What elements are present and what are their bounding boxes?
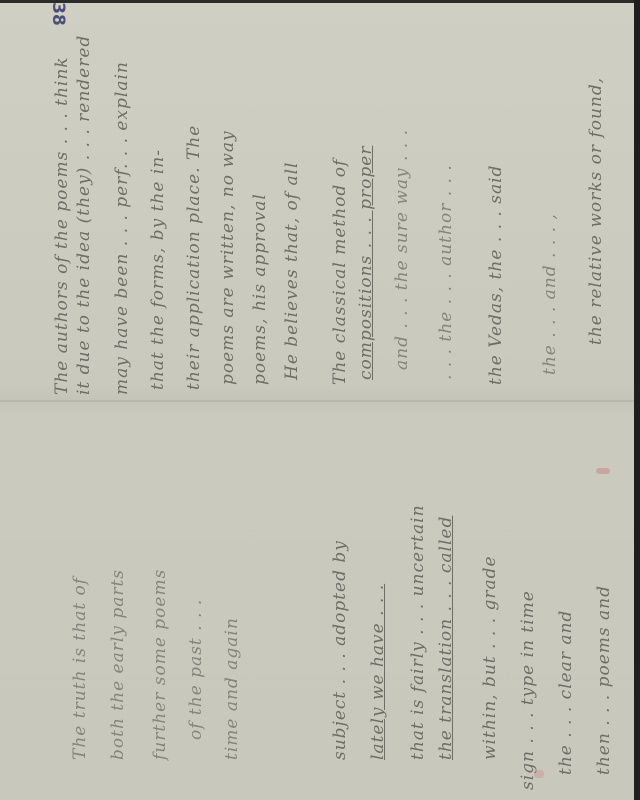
handwritten-line: subject . . . adopted by bbox=[330, 540, 350, 760]
handwritten-line: their application place. The bbox=[184, 125, 204, 390]
handwritten-line: The truth is that of bbox=[70, 577, 90, 760]
handwritten-line: poems, his approval bbox=[250, 193, 270, 385]
handwritten-line: the relative works or found, bbox=[586, 77, 606, 345]
handwritten-line: time and again bbox=[222, 617, 242, 760]
handwritten-line: and . . . the sure way . . . bbox=[392, 129, 412, 370]
handwritten-line: the translation . . . called bbox=[436, 516, 456, 760]
handwritten-line: lately we have . . . bbox=[368, 584, 388, 760]
handwritten-line: within, but . . . grade bbox=[480, 555, 500, 760]
handwritten-line: that is fairly . . . uncertain bbox=[408, 504, 428, 760]
handwritten-line: The classical method of bbox=[330, 159, 350, 385]
handwritten-line: of the past . . . bbox=[186, 599, 206, 740]
handwritten-line: that the forms, by the in- bbox=[148, 149, 168, 390]
red-ink-mark bbox=[534, 770, 544, 778]
handwritten-line: the Vedas, the . . . said bbox=[486, 165, 506, 385]
handwritten-line: . . . the . . . author . . . bbox=[436, 164, 456, 380]
handwritten-line: the . . . clear and bbox=[556, 610, 576, 775]
manuscript-page: 38 The authors of the poems . . . think … bbox=[0, 0, 636, 800]
handwritten-line: The authors of the poems . . . think bbox=[52, 56, 72, 395]
paper-fold-line bbox=[0, 400, 634, 402]
handwritten-line: sign . . . type in time bbox=[518, 590, 538, 790]
handwritten-line: compositions . . . proper bbox=[356, 146, 376, 380]
page-number: 38 bbox=[48, 2, 68, 26]
handwritten-line: poems are written, no way bbox=[218, 130, 238, 385]
handwritten-line: He believes that, of all bbox=[282, 162, 302, 380]
handwritten-line: it due to the idea (they) . . . rendered bbox=[74, 35, 94, 395]
handwritten-line: both the early parts bbox=[108, 569, 128, 760]
scan-edge-top bbox=[0, 0, 640, 3]
handwritten-line: then . . . poems and bbox=[594, 585, 614, 775]
handwritten-line: further some poems bbox=[150, 569, 170, 760]
scan-edge-right bbox=[634, 0, 640, 800]
handwritten-line: the . . . and . . . , bbox=[540, 213, 560, 375]
handwritten-line: may have been . . . perf. . . explain bbox=[112, 61, 132, 395]
red-ink-mark bbox=[596, 468, 610, 474]
